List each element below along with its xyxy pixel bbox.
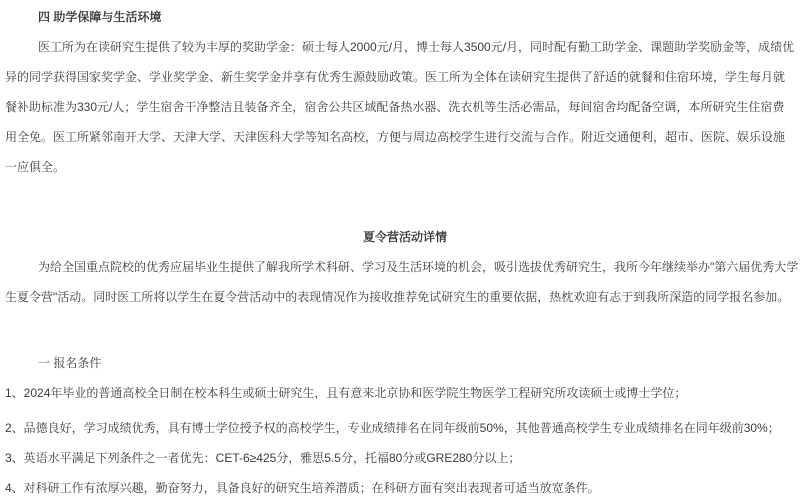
text-line: 用全免。医工所紧邻南开大学、天津大学、天津医科大学等知名高校，方便与周边高校学生… (5, 122, 805, 152)
text-line: 医工所为在读研究生提供了较为丰厚的奖助学金：硕士每人2000元/月，博士每人35… (5, 32, 805, 62)
text-line: 生夏令营"活动。同时医工所将以学生在夏令营活动中的表现情况作为接收推荐免试研究生… (5, 282, 805, 312)
section-title-support: 四 助学保障与生活环境 (5, 2, 805, 32)
list-item-condition-3: 3、英语水平满足下列条件之一者优先：CET-6≥425分，雅思5.5分，托福80… (5, 443, 805, 473)
document: 四 助学保障与生活环境 医工所为在读研究生提供了较为丰厚的奖助学金：硕士每人20… (0, 0, 810, 500)
text-line: 异的同学获得国家奖学金、学业奖学金、新生奖学金并享有优秀生源鼓励政策。医工所为全… (5, 62, 805, 92)
list-item-condition-1: 1、2024年毕业的普通高校全日制在校本科生或硕士研究生，且有意来北京协和医学院… (5, 378, 805, 408)
section-title-conditions: 一 报名条件 (5, 348, 805, 378)
section-title-camp: 夏令营活动详情 (5, 222, 805, 252)
text-line: 餐补助标准为330元/人；学生宿舍干净整洁且装备齐全，宿舍公共区域配备热水器、洗… (5, 92, 805, 122)
text-line: 一应俱全。 (5, 152, 805, 182)
list-item-condition-2: 2、品德良好，学习成绩优秀，具有博士学位授予权的高校学生，专业成绩排名在同年级前… (5, 413, 805, 443)
conditions-list: 1、2024年毕业的普通高校全日制在校本科生或硕士研究生，且有意来北京协和医学院… (5, 378, 805, 500)
list-item-condition-4: 4、对科研工作有浓厚兴趣，勤奋努力，具备良好的研究生培养潜质；在科研方面有突出表… (5, 473, 805, 500)
paragraph-support: 医工所为在读研究生提供了较为丰厚的奖助学金：硕士每人2000元/月，博士每人35… (5, 32, 805, 182)
paragraph-camp-intro: 为给全国重点院校的优秀应届毕业生提供了解我所学术科研、学习及生活环境的机会，吸引… (5, 252, 805, 312)
text-line: 为给全国重点院校的优秀应届毕业生提供了解我所学术科研、学习及生活环境的机会，吸引… (5, 252, 805, 282)
